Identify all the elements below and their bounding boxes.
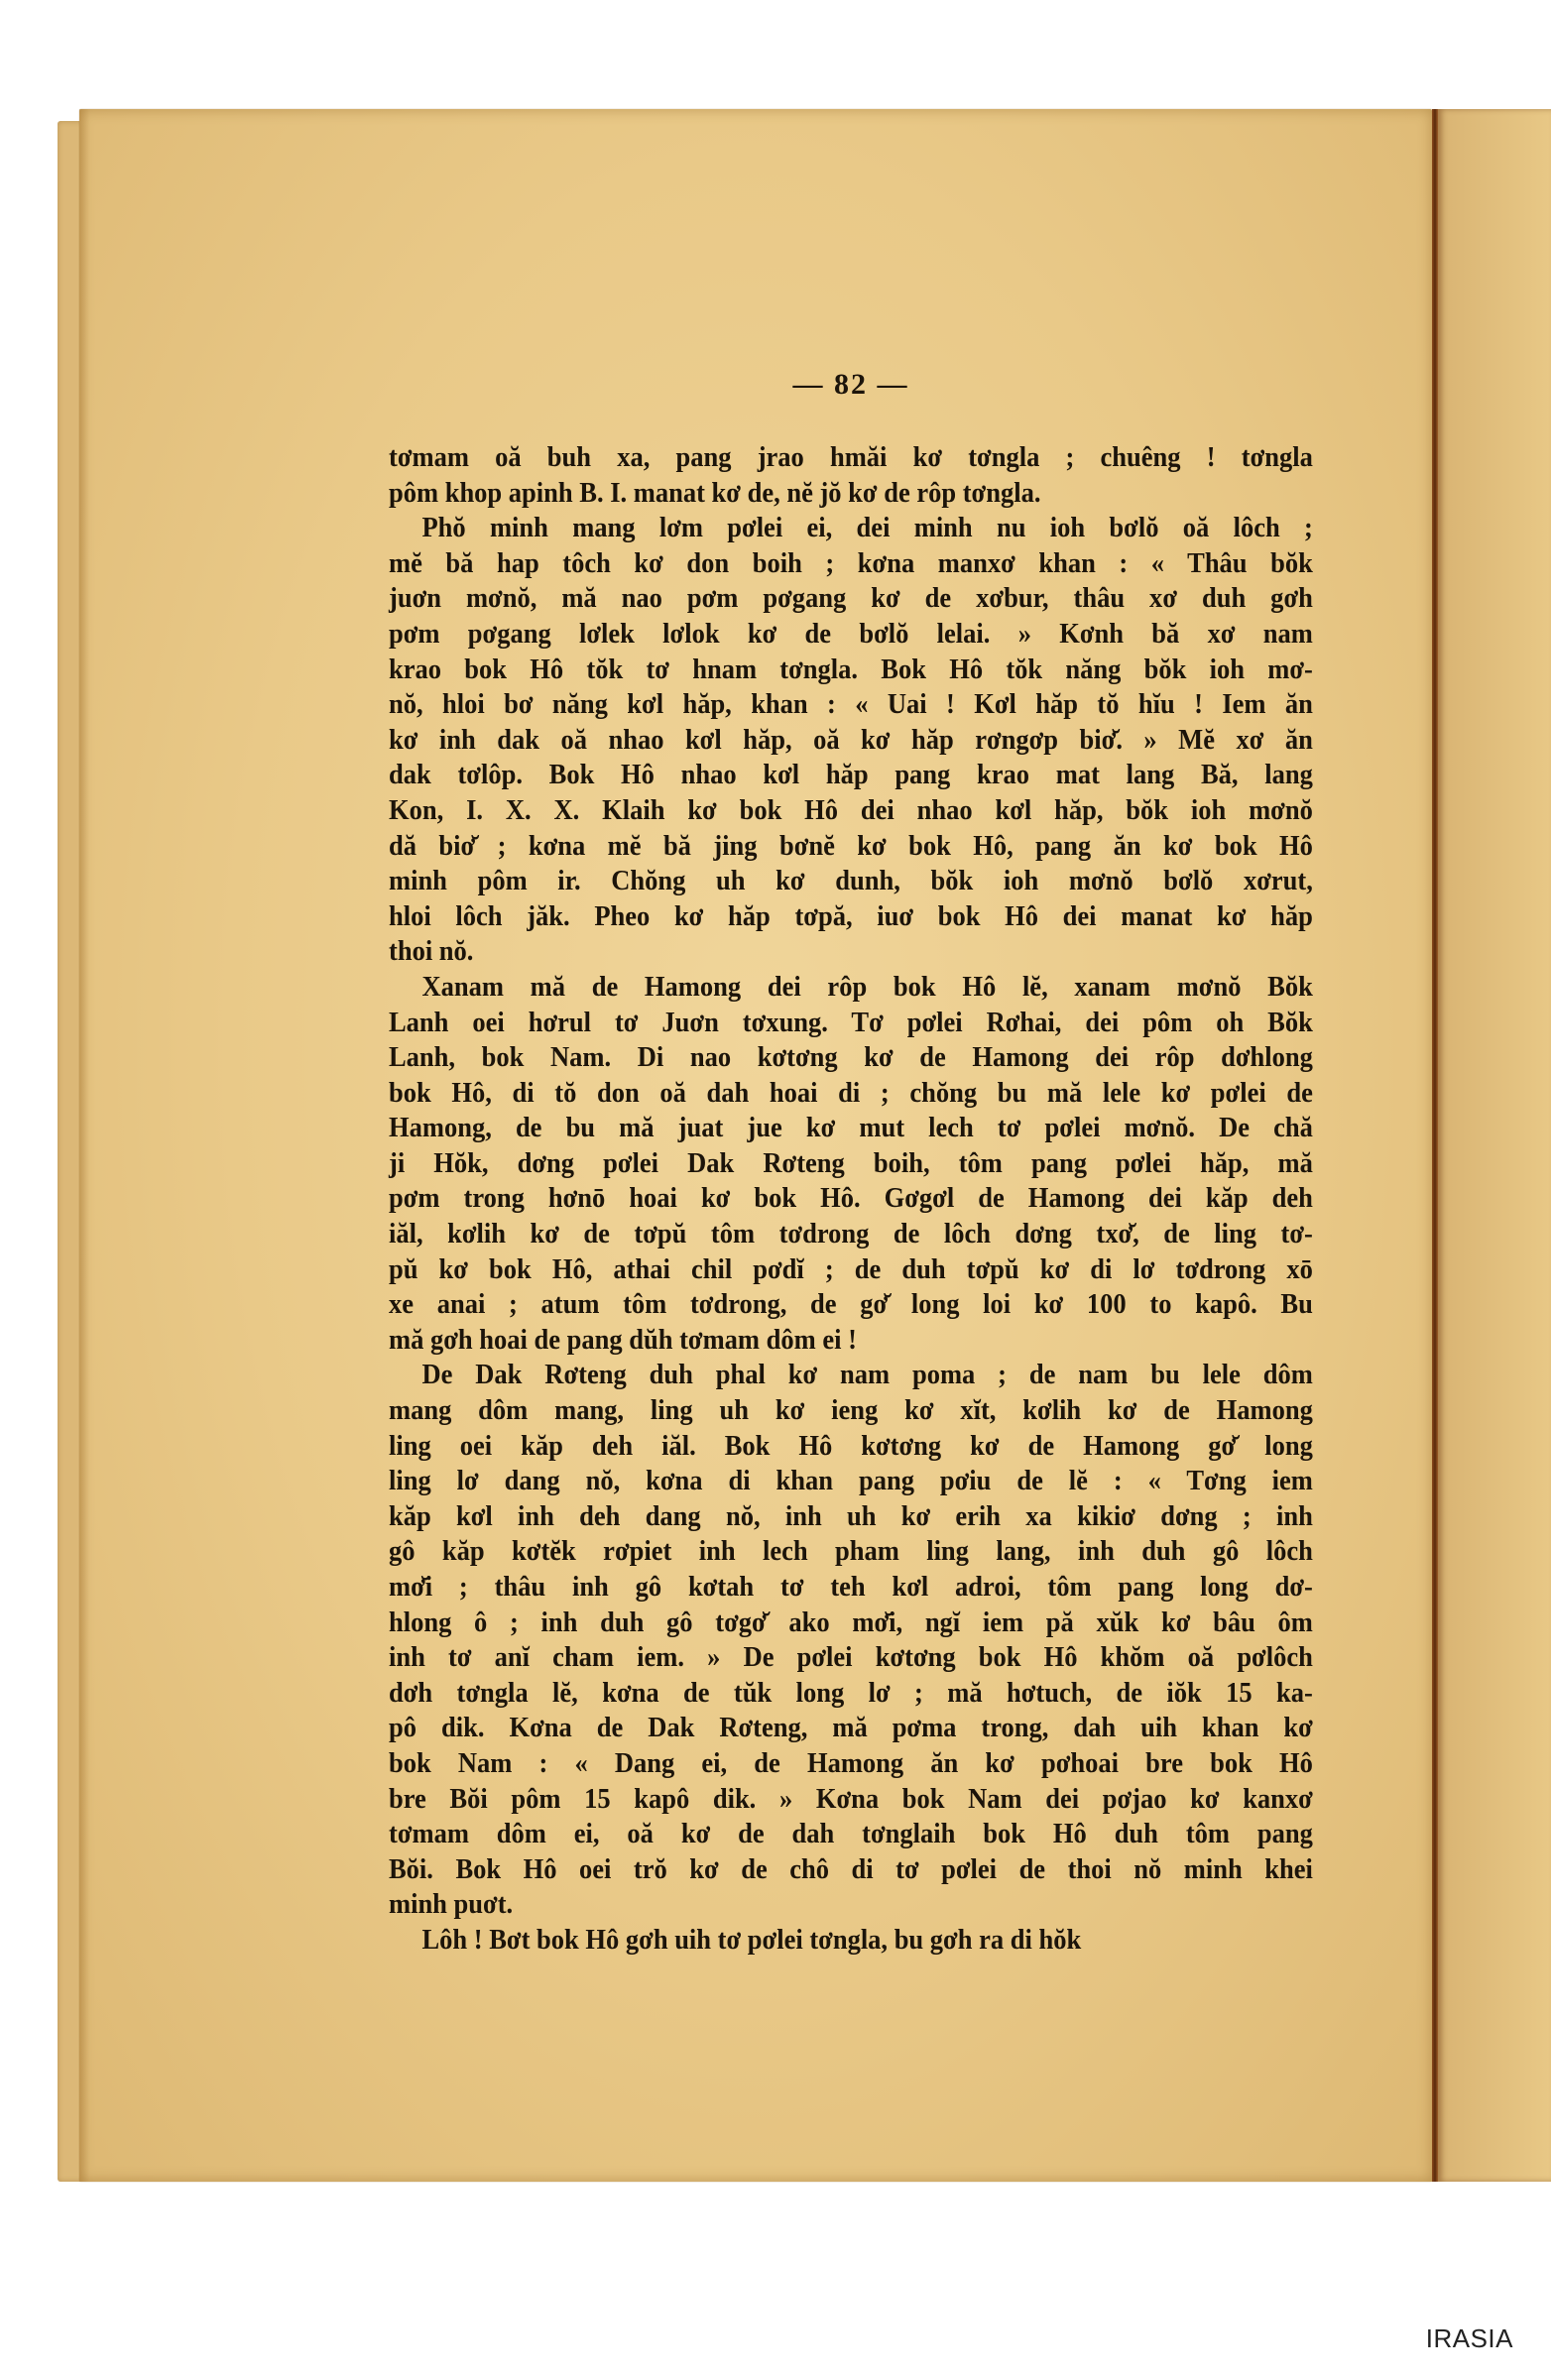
page-number: — 82 — — [389, 365, 1313, 422]
text-line: gô kăp kơtĕk rơpiet inh lech pham ling l… — [389, 1534, 1313, 1570]
text-line: tơmam oă buh xa, pang jrao hmăi kơ tơngl… — [389, 440, 1313, 476]
text-line: ling oei kăp deh iăl. Bok Hô kơtơng kơ d… — [389, 1429, 1313, 1465]
paragraph: Phŏ minh mang lơm pơlei ei, dei minh nu … — [389, 511, 1313, 970]
text-line: ling lơ dang nŏ, kơna di khan pang pơiu … — [389, 1464, 1313, 1499]
scanned-document: — 82 — tơmam oă buh xa, pang jrao hmăi k… — [0, 0, 1551, 2380]
text-line: nŏ, hloi bơ năng kơl hăp, khan : « Uai !… — [389, 687, 1313, 723]
text-line: kăp kơl inh deh dang nŏ, inh uh kơ erih … — [389, 1499, 1313, 1535]
text-line: minh pôm ir. Chŏng uh kơ dunh, bŏk ioh m… — [389, 864, 1313, 899]
text-line: xe anai ; atum tôm tơdrong, de gơ̆ long … — [389, 1287, 1313, 1323]
adjacent-page-edge — [1438, 109, 1551, 2182]
text-line: mă gơh hoai de pang dŭh tơmam dôm ei ! — [389, 1323, 1313, 1359]
text-line: dă biơ̆ ; kơna mĕ bă jing bơnĕ kơ bok Hô… — [389, 829, 1313, 865]
page-text-block: — 82 — tơmam oă buh xa, pang jrao hmăi k… — [389, 365, 1313, 1959]
text-line: bok Nam : « Dang ei, de Hamong ăn kơ pơh… — [389, 1746, 1313, 1782]
text-line: inh tơ anĭ cham iem. » De pơlei kơtơng b… — [389, 1640, 1313, 1676]
text-line: mơ̆i ; thâu inh gô kơtah tơ teh kơl adro… — [389, 1570, 1313, 1606]
text-line: Xanam mă de Hamong dei rôp bok Hô lĕ, xa… — [389, 970, 1313, 1006]
text-line: thoi nŏ. — [389, 934, 1313, 970]
text-line: iăl, kơlih kơ de tơpŭ tôm tơdrong de lôc… — [389, 1217, 1313, 1252]
irasia-watermark: IRASIA — [1426, 2323, 1513, 2354]
text-line: juơn mơnŏ, mă nao pơm pơgang kơ de xơbur… — [389, 581, 1313, 617]
paragraph: Lôh ! Bơt bok Hô gơh uih tơ pơlei tơngla… — [389, 1923, 1313, 1959]
text-line: kơ inh dak oă nhao kơl hăp, oă kơ hăp rơ… — [389, 723, 1313, 759]
text-line: dak tơlôp. Bok Hô nhao kơl hăp pang krao… — [389, 758, 1313, 793]
text-line: hlong ô ; inh duh gô tơgơ̆ ako mơ̆i, ngĭ… — [389, 1606, 1313, 1641]
text-line: Lôh ! Bơt bok Hô gơh uih tơ pơlei tơngla… — [389, 1923, 1313, 1959]
paragraph: De Dak Rơteng duh phal kơ nam poma ; de … — [389, 1358, 1313, 1923]
paragraph: tơmam oă buh xa, pang jrao hmăi kơ tơngl… — [389, 440, 1313, 511]
text-line: De Dak Rơteng duh phal kơ nam poma ; de … — [389, 1358, 1313, 1393]
text-line: dơh tơngla lĕ, kơna de tŭk long lơ ; mă … — [389, 1676, 1313, 1712]
text-line: pơm pơgang lơlek lơlok kơ de bơlŏ lelai.… — [389, 617, 1313, 653]
text-line: mang dôm mang, ling uh kơ ieng kơ xĭt, k… — [389, 1393, 1313, 1429]
text-line: bok Hô, di tŏ don oă dah hoai di ; chŏng… — [389, 1076, 1313, 1112]
text-line: pôm khop apinh B. I. manat kơ de, nĕ jŏ … — [389, 476, 1313, 512]
text-line: pơm trong hơnō hoai kơ bok Hô. Gơgơl de … — [389, 1181, 1313, 1217]
text-line: tơmam dôm ei, oă kơ de dah tơnglaih bok … — [389, 1817, 1313, 1852]
text-line: Lanh, bok Nam. Di nao kơtơng kơ de Hamon… — [389, 1040, 1313, 1076]
text-line: hloi lôch jăk. Pheo kơ hăp tơpă, iuơ bok… — [389, 899, 1313, 935]
paragraphs-container: tơmam oă buh xa, pang jrao hmăi kơ tơngl… — [389, 440, 1313, 1959]
text-line: Bŏi. Bok Hô oei trŏ kơ de chô di tơ pơle… — [389, 1852, 1313, 1888]
text-line: ji Hŏk, dơng pơlei Dak Rơteng boih, tôm … — [389, 1146, 1313, 1182]
text-line: Lanh oei hơrul tơ Juơn tơxung. Tơ pơlei … — [389, 1006, 1313, 1041]
text-line: mĕ bă hap tôch kơ don boih ; kơna manxơ … — [389, 546, 1313, 582]
text-line: pŭ kơ bok Hô, athai chil pơdĭ ; de duh t… — [389, 1252, 1313, 1288]
text-line: pô dik. Kơna de Dak Rơteng, mă pơma tron… — [389, 1711, 1313, 1746]
text-line: Hamong, de bu mă juat jue kơ mut lech tơ… — [389, 1111, 1313, 1146]
text-line: krao bok Hô tŏk tơ hnam tơngla. Bok Hô t… — [389, 653, 1313, 688]
paragraph: Xanam mă de Hamong dei rôp bok Hô lĕ, xa… — [389, 970, 1313, 1359]
text-line: Kon, I. X. X. Klaih kơ bok Hô dei nhao k… — [389, 793, 1313, 829]
text-line: Phŏ minh mang lơm pơlei ei, dei minh nu … — [389, 511, 1313, 546]
text-line: bre Bŏi pôm 15 kapô dik. » Kơna bok Nam … — [389, 1782, 1313, 1818]
text-line: minh puơt. — [389, 1887, 1313, 1923]
